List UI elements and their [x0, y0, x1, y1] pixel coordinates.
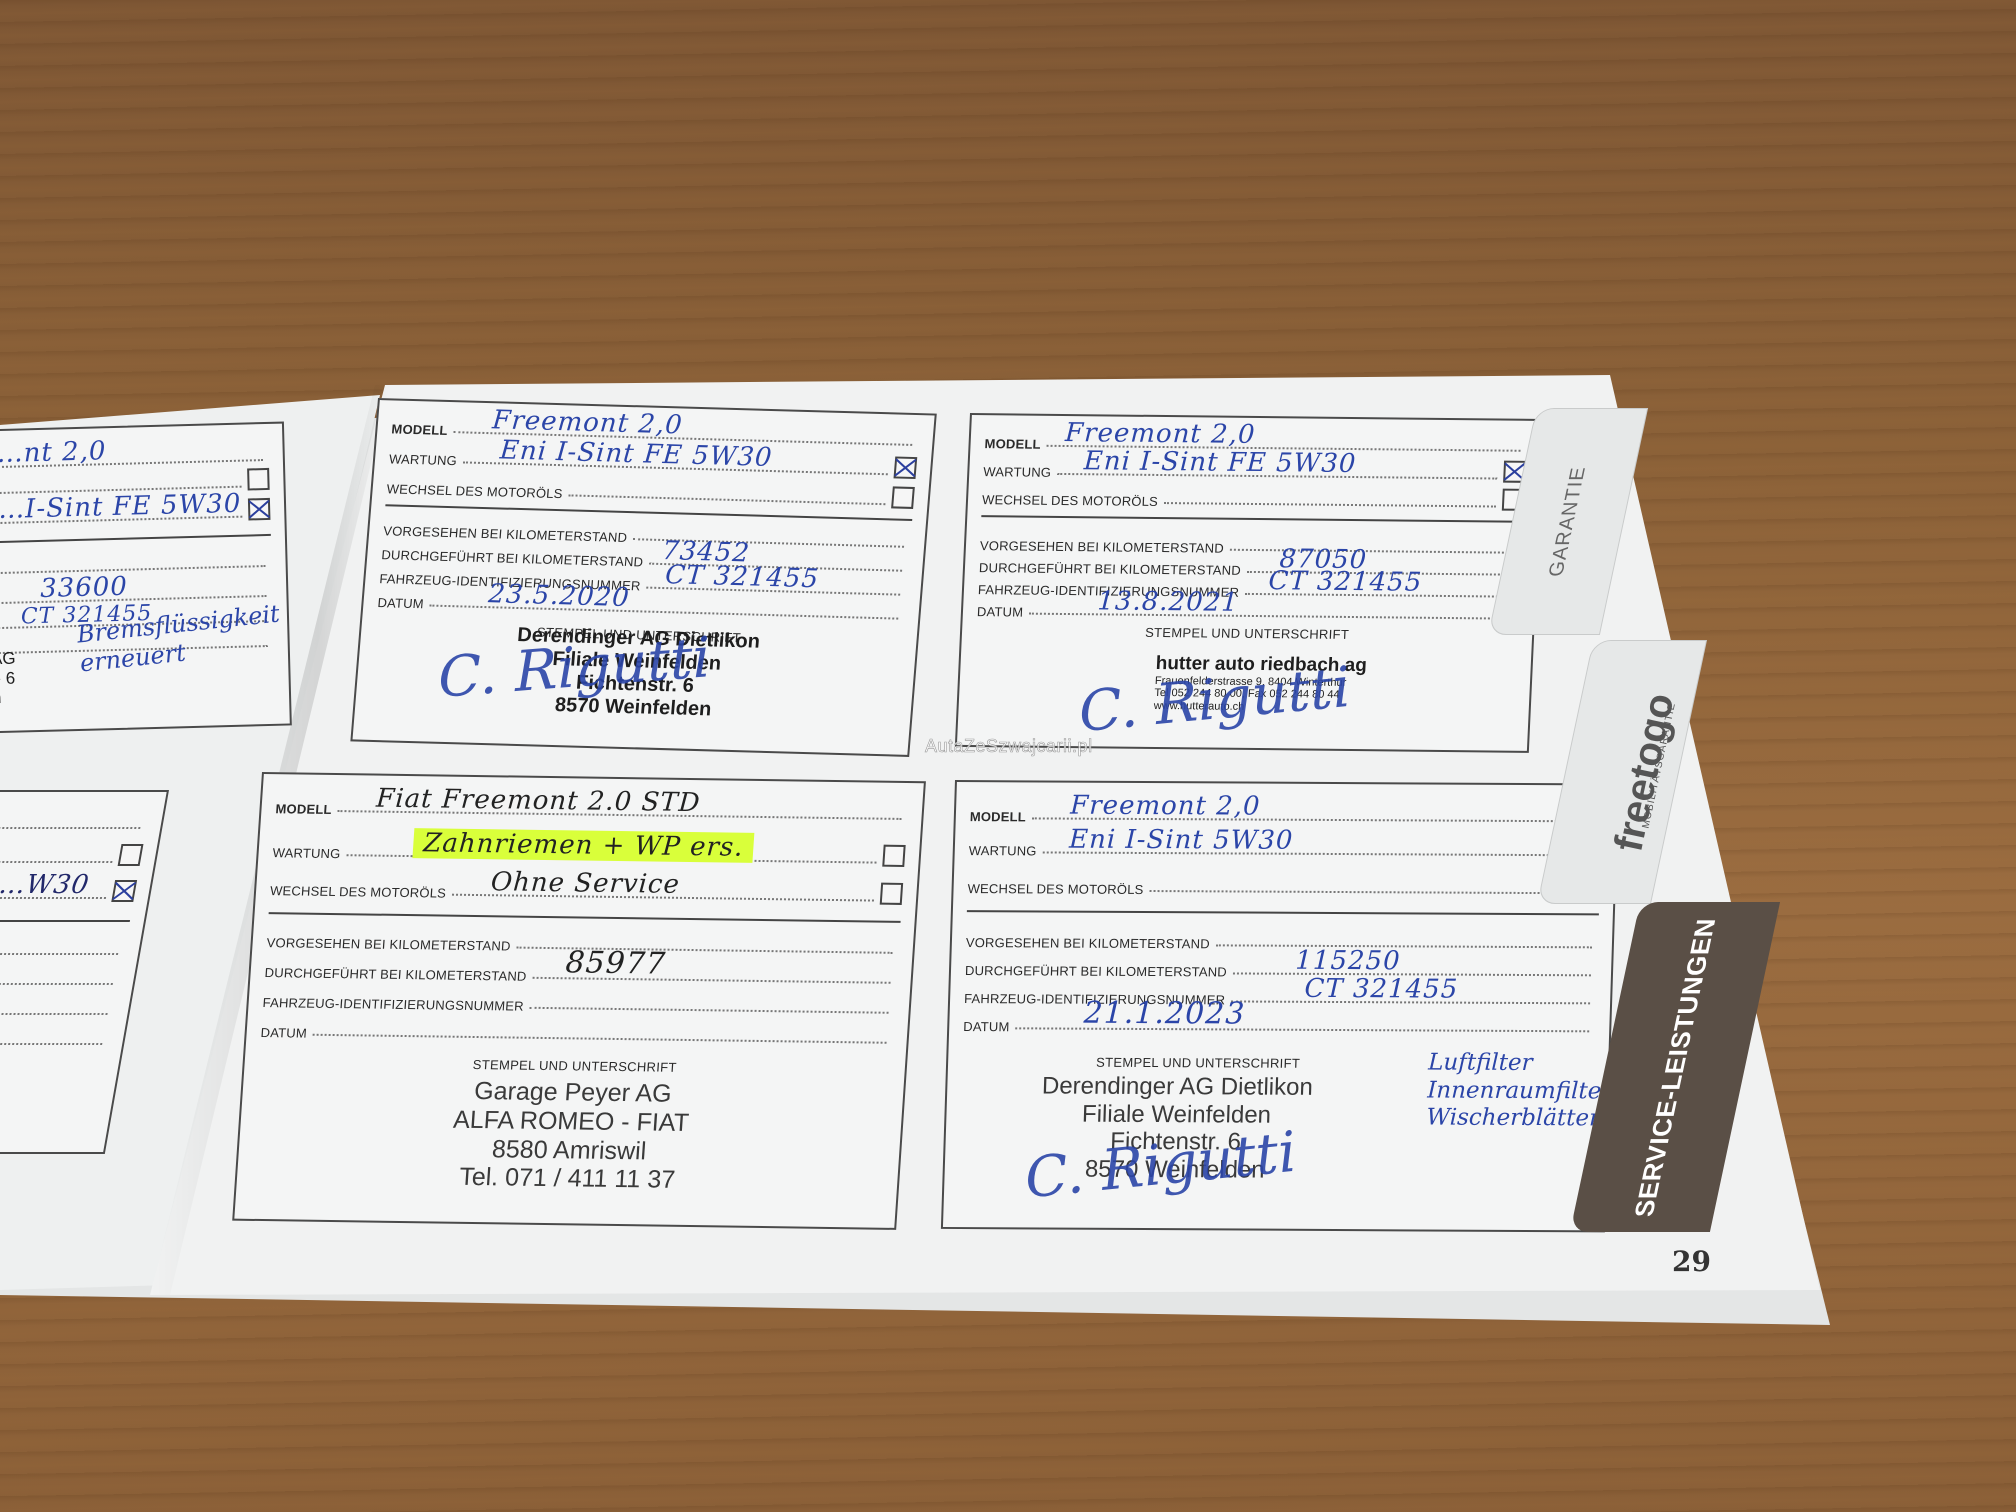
wartung-checkbox-checked	[248, 498, 271, 521]
wechsel-checkbox-checked	[111, 880, 137, 902]
modell-value: Fiat Freemont 2.0 STD	[375, 784, 701, 819]
wechsel-checkbox	[880, 883, 903, 905]
km-value: 33600	[40, 572, 128, 604]
wechsel-value: Ohne Service	[490, 867, 681, 900]
modell-value: …nt 2,0	[0, 436, 107, 469]
wartung-value: Zahnriemen + WP ers.	[412, 828, 754, 863]
wartung-value: …I-Sint FE 5W30	[0, 489, 242, 525]
wartung-value: Eni I-Sint FE 5W30	[1083, 446, 1357, 479]
wartung-checkbox	[118, 844, 144, 866]
wartung-checkbox-checked	[893, 456, 917, 479]
wartung-value: Eni I-Sint FE 5W30	[499, 435, 774, 473]
wechsel-checkbox	[891, 486, 915, 509]
service-card-2023: MODELL Freemont 2,0 WARTUNG Eni I-Sint 5…	[941, 780, 1619, 1232]
wartung-checkbox	[882, 845, 905, 867]
fin-value: CT 321455	[664, 560, 820, 594]
dealer-stamp: Garage Peyer AG ALFA ROMEO - FIAT 8580 A…	[236, 1074, 904, 1198]
stamp-fragment: …AG …e 6 …n	[0, 649, 17, 709]
wechsel-checkbox	[247, 468, 270, 491]
modell-value: Freemont 2,0	[1070, 791, 1261, 822]
signature: C. Rigutti	[1077, 655, 1352, 745]
date-value: 23.5.2020	[487, 579, 631, 613]
service-card-fiat: MODELL Fiat Freemont 2.0 STD WARTUNG Zah…	[232, 772, 926, 1230]
modell-value: Freemont 2,0	[1064, 418, 1256, 450]
wartung-value: Eni I-Sint 5W30	[1069, 825, 1294, 856]
service-card-2020: MODELL Freemont 2,0 WARTUNG Eni I-Sint F…	[350, 398, 936, 757]
handwritten-note-filters: Luftfilter Innenraumfilter Wischerblätte…	[1426, 1049, 1614, 1133]
km-value: 115250	[1295, 946, 1401, 977]
date-value: 21.1.2023	[1083, 996, 1246, 1032]
date-value: 13.8.2021	[1097, 586, 1240, 617]
wartung-value: …W30	[0, 870, 92, 900]
watermark: AutaZeSzwajcarii.pl	[925, 736, 1093, 757]
service-card-2021: MODELL Freemont 2,0 WARTUNG Eni I-Sint F…	[955, 413, 1544, 753]
fin-value: CT 321455	[1268, 566, 1423, 598]
tab-label: SERVICE-LEISTUNGEN	[1628, 918, 1723, 1217]
fin-value: CT 321455	[1304, 974, 1459, 1005]
page-number: 29	[1672, 1245, 1711, 1278]
freetogo-logo: freetogo MOBILITÄTSGARANTIE	[1575, 690, 1685, 870]
km-value: 85977	[564, 945, 667, 981]
left-service-card-1: …nt 2,0 …I-Sint FE 5W30 33600 CT 321455 …	[0, 422, 292, 734]
tab-label: GARANTIE	[1545, 466, 1591, 576]
